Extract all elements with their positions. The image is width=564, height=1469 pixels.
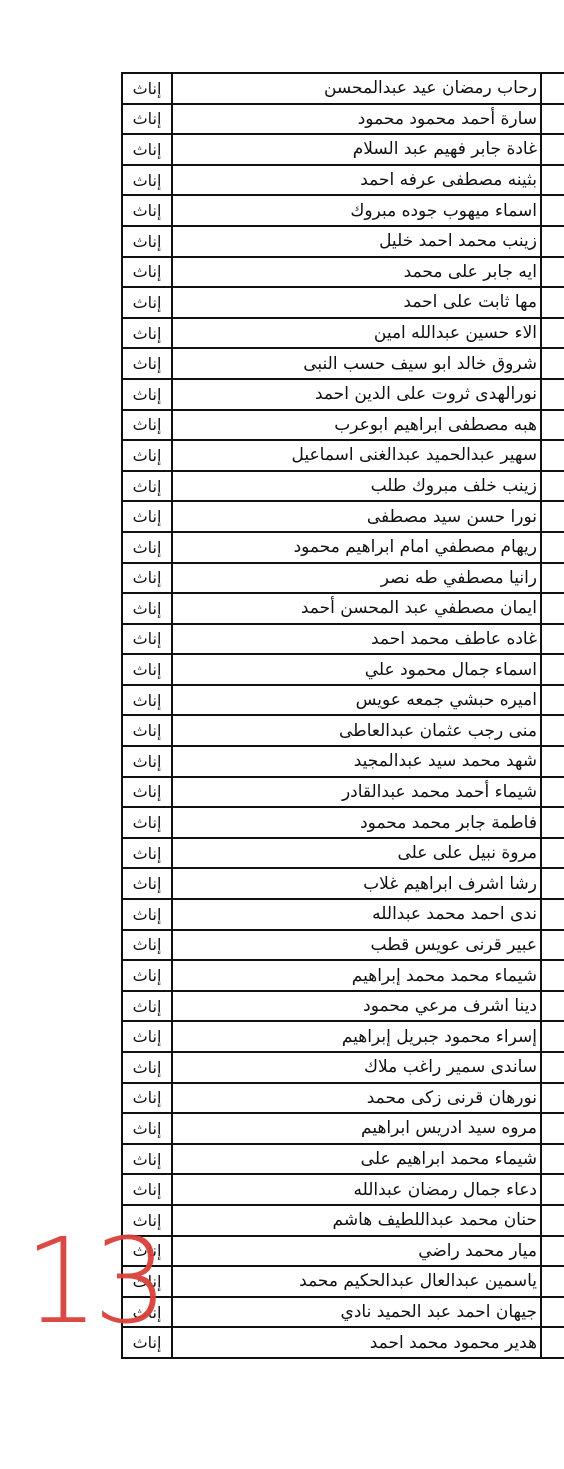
name-cell: ايمان مصطفي عبد المحسن أحمد	[172, 593, 541, 624]
table-row: إناثغاده عاطف محمد احمد	[122, 624, 564, 655]
name-cell: غاده عاطف محمد احمد	[172, 624, 541, 655]
table-row: إناثايمان مصطفي عبد المحسن أحمد	[122, 593, 564, 624]
gender-cell: إناث	[122, 838, 172, 869]
gender-cell: إناث	[122, 501, 172, 532]
name-cell: بثينه مصطفى عرفه احمد	[172, 165, 541, 196]
empty-cell	[541, 1327, 564, 1358]
gender-cell: إناث	[122, 104, 172, 135]
gender-cell: إناث	[122, 807, 172, 838]
name-cell: اسماء جمال محمود علي	[172, 654, 541, 685]
name-cell: هبه مصطفى ابراهيم ابوعرب	[172, 410, 541, 441]
name-cell: عبير قرنى عويس قطب	[172, 930, 541, 961]
gender-cell: إناث	[122, 73, 172, 104]
empty-cell	[541, 930, 564, 961]
name-cell: زينب محمد احمد خليل	[172, 226, 541, 257]
name-cell: حنان محمد عبداللطيف هاشم	[172, 1205, 541, 1236]
empty-cell	[541, 624, 564, 655]
empty-cell	[541, 134, 564, 165]
table-row: إناثشيماء محمد ابراهيم على	[122, 1144, 564, 1175]
empty-cell	[541, 410, 564, 441]
table-row: إناثاميره حبشي جمعه عويس	[122, 685, 564, 716]
name-cell: دينا اشرف مرعي محمود	[172, 991, 541, 1022]
empty-cell	[541, 348, 564, 379]
empty-cell	[541, 654, 564, 685]
name-cell: ميار محمد راضي	[172, 1236, 541, 1267]
table-row: إناثاسماء ميهوب جوده مبروك	[122, 195, 564, 226]
empty-cell	[541, 379, 564, 410]
gender-cell: إناث	[122, 471, 172, 502]
gender-cell: إناث	[122, 165, 172, 196]
table-row: إناثجيهان احمد عبد الحميد نادي	[122, 1297, 564, 1328]
name-cell: مروة نبيل على على	[172, 838, 541, 869]
empty-cell	[541, 807, 564, 838]
table-row: إناثايه جابر على محمد	[122, 257, 564, 288]
table-row: إناثحنان محمد عبداللطيف هاشم	[122, 1205, 564, 1236]
name-cell: سارة أحمد محمود محمود	[172, 104, 541, 135]
gender-cell: إناث	[122, 624, 172, 655]
table-row: إناثدينا اشرف مرعي محمود	[122, 991, 564, 1022]
empty-cell	[541, 1021, 564, 1052]
empty-cell	[541, 1266, 564, 1297]
empty-cell	[541, 563, 564, 594]
table-row: إناثرشا اشرف ابراهيم غلاب	[122, 868, 564, 899]
name-cell: نورالهدى ثروت على الدين احمد	[172, 379, 541, 410]
page-number-annotation: 13	[24, 1222, 162, 1340]
table-row: إناثالاء حسين عبدالله امين	[122, 318, 564, 349]
table-row: إناثريهام مصطفي امام ابراهيم محمود	[122, 532, 564, 563]
empty-cell	[541, 73, 564, 104]
table-row: إناثدعاء جمال رمضان عبدالله	[122, 1174, 564, 1205]
gender-cell: إناث	[122, 777, 172, 808]
table-row: إناثشيماء محمد محمد إبراهيم	[122, 960, 564, 991]
gender-cell: إناث	[122, 1052, 172, 1083]
table-row: إناثياسمين عبدالعال عبدالحكيم محمد	[122, 1266, 564, 1297]
name-cell: ايه جابر على محمد	[172, 257, 541, 288]
table-row: إناثساندى سمير راغب ملاك	[122, 1052, 564, 1083]
empty-cell	[541, 777, 564, 808]
table-row: إناثشيماء أحمد محمد عبدالقادر	[122, 777, 564, 808]
table-row: إناثهبه مصطفى ابراهيم ابوعرب	[122, 410, 564, 441]
name-cell: غادة جابر فهيم عبد السلام	[172, 134, 541, 165]
name-cell: هدير محمود محمد احمد	[172, 1327, 541, 1358]
table-row: إناثشروق خالد ابو سيف حسب النبى	[122, 348, 564, 379]
empty-cell	[541, 1052, 564, 1083]
empty-cell	[541, 287, 564, 318]
empty-cell	[541, 593, 564, 624]
name-cell: شيماء أحمد محمد عبدالقادر	[172, 777, 541, 808]
empty-cell	[541, 532, 564, 563]
table-row: إناثنورا حسن سيد مصطفى	[122, 501, 564, 532]
table-row: إناثمروه سيد ادريس ابراهيم	[122, 1113, 564, 1144]
empty-cell	[541, 1236, 564, 1267]
name-cell: ساندى سمير راغب ملاك	[172, 1052, 541, 1083]
gender-cell: إناث	[122, 685, 172, 716]
name-cell: جيهان احمد عبد الحميد نادي	[172, 1297, 541, 1328]
table-row: إناثهدير محمود محمد احمد	[122, 1327, 564, 1358]
gender-cell: إناث	[122, 930, 172, 961]
table-row: إناثاسماء جمال محمود علي	[122, 654, 564, 685]
name-cell: ندى احمد محمد عبدالله	[172, 899, 541, 930]
names-sheet: إناثرحاب رمضان عيد عبدالمحسنإناثسارة أحم…	[121, 72, 564, 1359]
empty-cell	[541, 104, 564, 135]
name-cell: نورهان قرنى زكى محمد	[172, 1083, 541, 1114]
gender-cell: إناث	[122, 715, 172, 746]
gender-cell: إناث	[122, 991, 172, 1022]
table-row: إناثنورالهدى ثروت على الدين احمد	[122, 379, 564, 410]
empty-cell	[541, 746, 564, 777]
empty-cell	[541, 195, 564, 226]
empty-cell	[541, 165, 564, 196]
table-row: إناثنورهان قرنى زكى محمد	[122, 1083, 564, 1114]
gender-cell: إناث	[122, 318, 172, 349]
gender-cell: إناث	[122, 1113, 172, 1144]
table-row: إناثندى احمد محمد عبدالله	[122, 899, 564, 930]
empty-cell	[541, 1144, 564, 1175]
gender-cell: إناث	[122, 257, 172, 288]
table-row: إناثشهد محمد سيد عبدالمجيد	[122, 746, 564, 777]
name-cell: زينب خلف مبروك طلب	[172, 471, 541, 502]
name-cell: مروه سيد ادريس ابراهيم	[172, 1113, 541, 1144]
name-cell: منى رجب عثمان عبدالعاطى	[172, 715, 541, 746]
name-cell: الاء حسين عبدالله امين	[172, 318, 541, 349]
name-cell: فاطمة جابر محمد محمود	[172, 807, 541, 838]
gender-cell: إناث	[122, 868, 172, 899]
table-row: إناثفاطمة جابر محمد محمود	[122, 807, 564, 838]
empty-cell	[541, 868, 564, 899]
gender-cell: إناث	[122, 195, 172, 226]
gender-cell: إناث	[122, 1083, 172, 1114]
table-row: إناثسهير عبدالحميد عبدالغنى اسماعيل	[122, 440, 564, 471]
gender-cell: إناث	[122, 1021, 172, 1052]
gender-cell: إناث	[122, 379, 172, 410]
table-row: إناثبثينه مصطفى عرفه احمد	[122, 165, 564, 196]
name-cell: رشا اشرف ابراهيم غلاب	[172, 868, 541, 899]
name-cell: شهد محمد سيد عبدالمجيد	[172, 746, 541, 777]
names-table: إناثرحاب رمضان عيد عبدالمحسنإناثسارة أحم…	[121, 72, 564, 1359]
name-cell: إسراء محمود جبريل إبراهيم	[172, 1021, 541, 1052]
gender-cell: إناث	[122, 593, 172, 624]
table-row: إناثزينب خلف مبروك طلب	[122, 471, 564, 502]
empty-cell	[541, 715, 564, 746]
gender-cell: إناث	[122, 746, 172, 777]
table-row: إناثرانيا مصطفي طه نصر	[122, 563, 564, 594]
name-cell: شروق خالد ابو سيف حسب النبى	[172, 348, 541, 379]
table-row: إناثمروة نبيل على على	[122, 838, 564, 869]
name-cell: رانيا مصطفي طه نصر	[172, 563, 541, 594]
empty-cell	[541, 471, 564, 502]
empty-cell	[541, 1083, 564, 1114]
name-cell: ريهام مصطفي امام ابراهيم محمود	[172, 532, 541, 563]
empty-cell	[541, 1297, 564, 1328]
name-cell: اميره حبشي جمعه عويس	[172, 685, 541, 716]
gender-cell: إناث	[122, 1144, 172, 1175]
gender-cell: إناث	[122, 563, 172, 594]
table-row: إناثغادة جابر فهيم عبد السلام	[122, 134, 564, 165]
table-row: إناثعبير قرنى عويس قطب	[122, 930, 564, 961]
gender-cell: إناث	[122, 226, 172, 257]
table-row: إناثرحاب رمضان عيد عبدالمحسن	[122, 73, 564, 104]
empty-cell	[541, 318, 564, 349]
gender-cell: إناث	[122, 134, 172, 165]
empty-cell	[541, 1174, 564, 1205]
table-row: إناثمنى رجب عثمان عبدالعاطى	[122, 715, 564, 746]
table-row: إناثميار محمد راضي	[122, 1236, 564, 1267]
empty-cell	[541, 899, 564, 930]
table-row: إناثسارة أحمد محمود محمود	[122, 104, 564, 135]
name-cell: شيماء محمد محمد إبراهيم	[172, 960, 541, 991]
gender-cell: إناث	[122, 287, 172, 318]
empty-cell	[541, 1113, 564, 1144]
gender-cell: إناث	[122, 1174, 172, 1205]
empty-cell	[541, 991, 564, 1022]
empty-cell	[541, 440, 564, 471]
empty-cell	[541, 960, 564, 991]
gender-cell: إناث	[122, 654, 172, 685]
name-cell: شيماء محمد ابراهيم على	[172, 1144, 541, 1175]
name-cell: سهير عبدالحميد عبدالغنى اسماعيل	[172, 440, 541, 471]
name-cell: رحاب رمضان عيد عبدالمحسن	[172, 73, 541, 104]
gender-cell: إناث	[122, 440, 172, 471]
gender-cell: إناث	[122, 348, 172, 379]
gender-cell: إناث	[122, 532, 172, 563]
empty-cell	[541, 685, 564, 716]
table-row: إناثزينب محمد احمد خليل	[122, 226, 564, 257]
table-row: إناثإسراء محمود جبريل إبراهيم	[122, 1021, 564, 1052]
name-cell: ياسمين عبدالعال عبدالحكيم محمد	[172, 1266, 541, 1297]
table-body: إناثرحاب رمضان عيد عبدالمحسنإناثسارة أحم…	[122, 73, 564, 1358]
name-cell: اسماء ميهوب جوده مبروك	[172, 195, 541, 226]
table-row: إناثمها ثابت على احمد	[122, 287, 564, 318]
empty-cell	[541, 1205, 564, 1236]
empty-cell	[541, 501, 564, 532]
empty-cell	[541, 838, 564, 869]
gender-cell: إناث	[122, 960, 172, 991]
name-cell: نورا حسن سيد مصطفى	[172, 501, 541, 532]
name-cell: دعاء جمال رمضان عبدالله	[172, 1174, 541, 1205]
empty-cell	[541, 257, 564, 288]
empty-cell	[541, 226, 564, 257]
name-cell: مها ثابت على احمد	[172, 287, 541, 318]
gender-cell: إناث	[122, 899, 172, 930]
gender-cell: إناث	[122, 410, 172, 441]
